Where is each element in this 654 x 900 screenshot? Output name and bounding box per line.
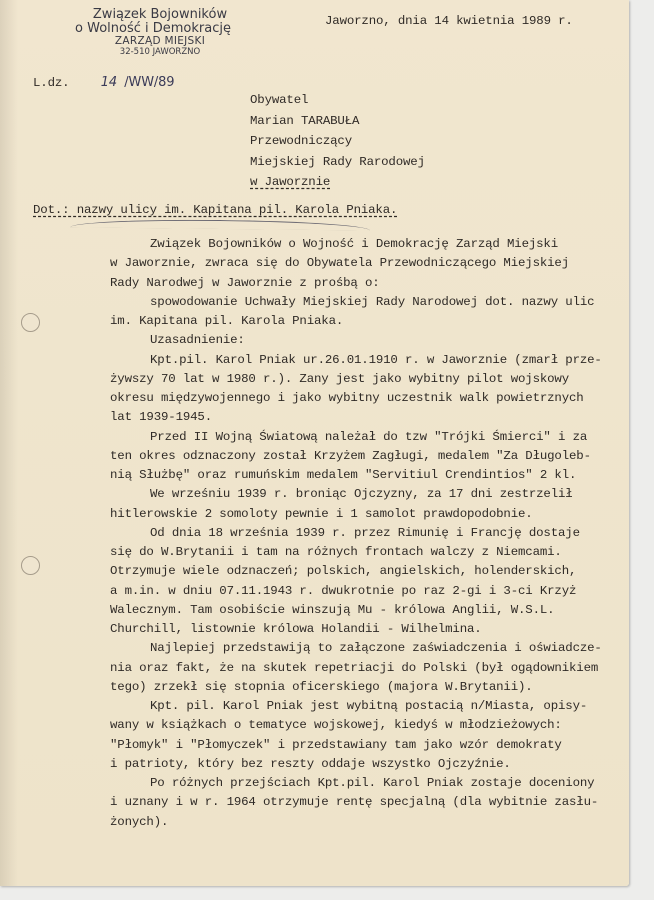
body-line: Związek Bojowników o Wojność i Demokracj… bbox=[110, 235, 630, 254]
handwritten-number: 14 bbox=[101, 75, 117, 90]
addressee-line-5: w Jaworznie bbox=[250, 172, 425, 193]
body-line: ten okres odznaczony został Krzyżem Zagł… bbox=[110, 447, 630, 466]
body-line: Rady Narodwej w Jaworznie z prośbą o: bbox=[110, 274, 630, 293]
body-line: Uzasadnienie: bbox=[110, 331, 630, 350]
body-line: Najlepiej przedstawiją to załączone zaśw… bbox=[110, 639, 630, 658]
subject-line: Dot.: nazwy ulicy im. Kapitana pil. Karo… bbox=[33, 203, 397, 217]
body-line: lat 1939-1945. bbox=[110, 408, 630, 427]
body-line: Przed II Wojną Światową należał do tzw "… bbox=[110, 428, 630, 447]
body-line: We wrześniu 1939 r. broniąc Ojczyzny, za… bbox=[110, 485, 630, 504]
body-line: i uznany i w r. 1964 otrzymuje rentę spe… bbox=[110, 793, 630, 812]
body-line: Po różnych przejściach Kpt.pil. Karol Pn… bbox=[110, 774, 630, 793]
body-line: spowodowanie Uchwały Miejskiej Rady Naro… bbox=[110, 293, 630, 312]
body-line: Kpt. pil. Karol Pniak jest wybitną posta… bbox=[110, 697, 630, 716]
addressee-line-4: Miejskiej Rady Rarodowej bbox=[250, 152, 425, 173]
body-line: żonych). bbox=[110, 813, 630, 832]
handwritten-underline bbox=[70, 218, 370, 230]
body-line: hitlerowskie 2 somoloty pewnie i 1 samol… bbox=[110, 505, 630, 524]
addressee-line-3: Przewodniczący bbox=[250, 131, 425, 152]
addressee-line-2: Marian TARABUŁA bbox=[250, 111, 425, 132]
body-line: tego) zrzekł się stopnia oficerskiego (m… bbox=[110, 678, 630, 697]
body-line: Od dnia 18 września 1939 r. przez Rimuni… bbox=[110, 524, 630, 543]
body-line: a m.in. w dniu 07.11.1943 r. dwukrotnie … bbox=[110, 582, 630, 601]
punch-hole bbox=[21, 556, 40, 575]
stamp-line-3: ZARZĄD MIEJSKI bbox=[60, 36, 260, 47]
body-line: Otrzymuje wiele odznaczeń; polskich, ang… bbox=[110, 562, 630, 581]
stamp-line-4: 32-510 JAWORZNO bbox=[60, 48, 260, 57]
punch-hole bbox=[21, 313, 40, 332]
reference-suffix: /WW/89 bbox=[124, 75, 174, 90]
body-line: się do W.Brytanii i tam na różnych front… bbox=[110, 543, 630, 562]
body-line: wany w książkach o tematyce wojskowej, k… bbox=[110, 716, 630, 735]
stamp-line-1: Związek Bojowników bbox=[60, 8, 260, 21]
body-line: żywszy 70 lat w 1980 r.). Zany jest jako… bbox=[110, 370, 630, 389]
body-line: okresu międzywojennego i jako wybitny uc… bbox=[110, 389, 630, 408]
reference-number: L.dz. 14 /WW/89 bbox=[33, 75, 174, 90]
reference-label: L.dz. bbox=[33, 76, 69, 90]
body-line: Churchill, listownie królowa Holandii - … bbox=[110, 620, 630, 639]
body-line: w Jaworznie, zwraca się do Obywatela Prz… bbox=[110, 254, 630, 273]
body-line: Kpt.pil. Karol Pniak ur.26.01.1910 r. w … bbox=[110, 351, 630, 370]
body-line: nią Służbę" oraz rumuńskim medalem "Serv… bbox=[110, 466, 630, 485]
stamp-line-2: o Wolność i Demokrację bbox=[46, 22, 260, 35]
body-line: "Płomyk" i "Płomyczek" i przedstawiany t… bbox=[110, 736, 630, 755]
addressee-block: Obywatel Marian TARABUŁA Przewodniczący … bbox=[250, 90, 425, 193]
organization-stamp: Związek Bojowników o Wolność i Demokracj… bbox=[60, 8, 260, 56]
body-line: Walecznym. Tam osobiście winszują Mu - k… bbox=[110, 601, 630, 620]
addressee-line-1: Obywatel bbox=[250, 90, 425, 111]
letter-page: Związek Bojowników o Wolność i Demokracj… bbox=[0, 0, 629, 886]
body-line: i patrioty, który bez reszty oddaje wszy… bbox=[110, 755, 630, 774]
body-line: im. Kapitana pil. Karola Pniaka. bbox=[110, 312, 630, 331]
body-line: nia oraz fakt, że na skutek repetriacji … bbox=[110, 659, 630, 678]
letter-body: Związek Bojowników o Wojność i Demokracj… bbox=[110, 235, 630, 832]
date-line: Jaworzno, dnia 14 kwietnia 1989 r. bbox=[325, 14, 573, 28]
